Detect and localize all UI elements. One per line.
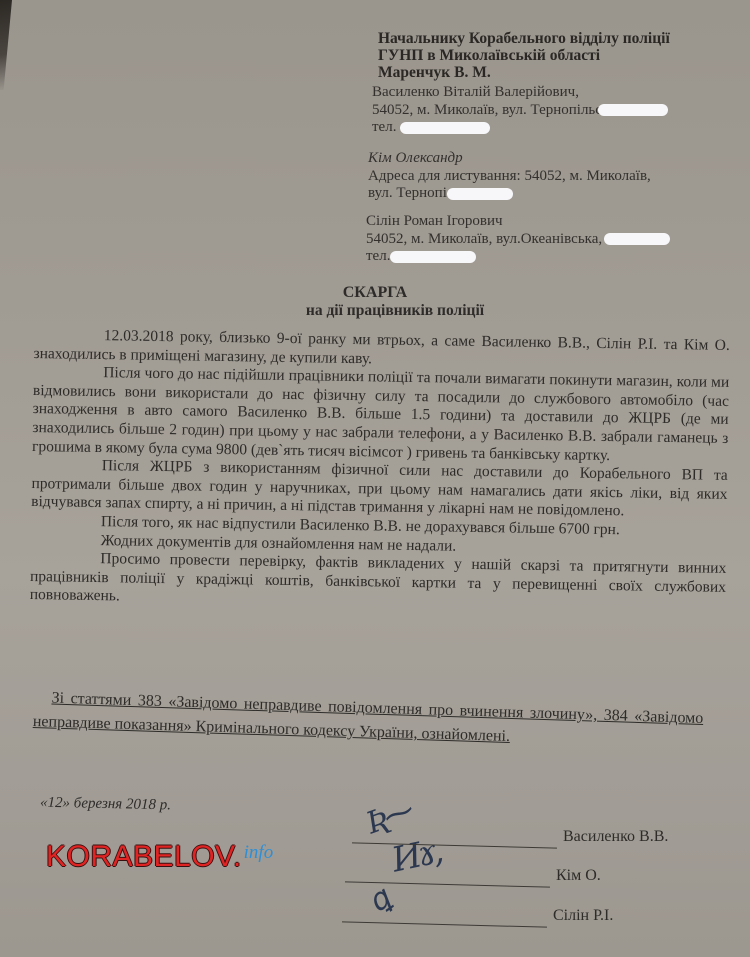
sender-address-2: вул. Тернопі bbox=[368, 185, 447, 201]
sender-name: Сілін Роман Ігорович bbox=[366, 213, 670, 231]
addressee-line-3: Маренчук В. М. bbox=[378, 64, 670, 81]
sender-name: Василенко Віталій Валерійович, bbox=[372, 84, 668, 102]
addressee-block: Начальнику Корабельного відділу поліції … bbox=[378, 30, 670, 81]
document-subtitle: на дії працівників поліції bbox=[0, 302, 750, 320]
watermark-main: KORABELOV. bbox=[46, 840, 242, 874]
signatory-name: Сілін Р.І. bbox=[553, 907, 613, 925]
signatory-name: Василенко В.В. bbox=[563, 828, 668, 846]
signature-row: Кім О. bbox=[345, 867, 601, 885]
watermark-sub: info bbox=[244, 842, 274, 864]
signatory-name: Кім О. bbox=[556, 867, 601, 885]
redaction-mark bbox=[447, 188, 513, 200]
site-watermark: KORABELOV. info bbox=[46, 840, 273, 874]
document-date: «12» березня 2018 р. bbox=[40, 795, 171, 815]
signature-row: Сілін Р.І. bbox=[342, 907, 613, 925]
signature-row: Василенко В.В. bbox=[352, 828, 668, 846]
sender-vasylenko: Василенко Віталій Валерійович, 54052, м.… bbox=[372, 84, 668, 137]
sender-silin: Сілін Роман Ігорович 54052, м. Миколаїв,… bbox=[366, 213, 670, 266]
redaction-mark bbox=[604, 233, 670, 245]
sender-address: Адреса для листування: 54052, м. Миколаї… bbox=[368, 168, 651, 186]
signature-line bbox=[352, 841, 557, 848]
sender-phone-label: тел. bbox=[366, 248, 390, 264]
document-page: Начальнику Корабельного відділу поліції … bbox=[0, 0, 750, 957]
sender-name: Кім Олександр bbox=[368, 150, 651, 168]
redaction-mark bbox=[390, 251, 476, 263]
page-corner-shadow bbox=[0, 0, 12, 90]
redaction-mark bbox=[400, 122, 490, 134]
sender-address: 54052, м. Миколаїв, вул. Тернопільс bbox=[372, 102, 602, 118]
law-acknowledgement: Зі статтями 383 «Завідомо неправдиве пов… bbox=[32, 686, 703, 755]
document-title: СКАРГА bbox=[0, 284, 750, 302]
sender-address: 54052, м. Миколаїв, вул.Океанівська, bbox=[366, 231, 602, 247]
paragraph: Після чого до нас підійшли працівники по… bbox=[32, 363, 729, 467]
addressee-line-2: ГУНП в Миколаївській області bbox=[378, 47, 670, 64]
complaint-body: 12.03.2018 року, близько 9-ої ранку ми в… bbox=[30, 326, 730, 616]
redaction-mark bbox=[598, 104, 668, 116]
sender-kim: Кім Олександр Адреса для листування: 540… bbox=[368, 150, 651, 203]
addressee-line-1: Начальнику Корабельного відділу поліції bbox=[378, 30, 670, 47]
sender-phone-label: тел. bbox=[372, 119, 396, 135]
signature-line bbox=[342, 920, 547, 927]
paragraph: Просимо провести перевірку, фактів викла… bbox=[30, 549, 727, 616]
